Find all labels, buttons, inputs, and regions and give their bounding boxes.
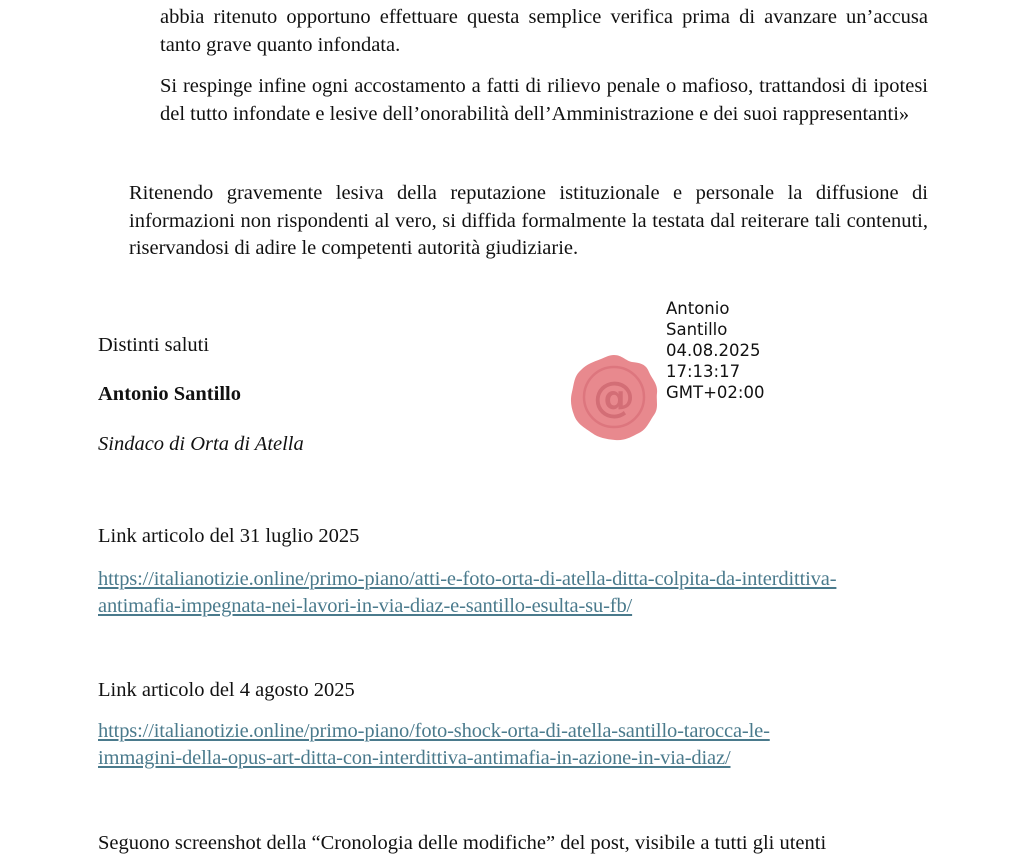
- article-link-1-line-2[interactable]: antimafia-impegnata-nei-lavori-in-via-di…: [98, 593, 938, 620]
- warning-paragraph: Ritenendo gravemente lesiva della reputa…: [129, 180, 928, 263]
- digital-signature-seal: @: [568, 352, 660, 442]
- link-label-1: Link articolo del 31 luglio 2025: [98, 523, 359, 550]
- signature-line-1: Antonio: [666, 298, 764, 319]
- article-link-1-line-1[interactable]: https://italianotizie.online/primo-piano…: [98, 566, 938, 593]
- article-link-2-line-2[interactable]: immagini-della-opus-art-ditta-con-interd…: [98, 745, 938, 772]
- article-link-2-line-1[interactable]: https://italianotizie.online/primo-piano…: [98, 718, 938, 745]
- signature-timezone: GMT+02:00: [666, 382, 764, 403]
- link-label-2: Link articolo del 4 agosto 2025: [98, 677, 355, 704]
- article-link-2[interactable]: https://italianotizie.online/primo-piano…: [98, 718, 938, 772]
- signature-line-2: Santillo: [666, 319, 764, 340]
- signature-date: 04.08.2025: [666, 340, 764, 361]
- article-link-1[interactable]: https://italianotizie.online/primo-piano…: [98, 566, 938, 620]
- screenshot-note: Seguono screenshot della “Cronologia del…: [98, 830, 826, 857]
- digital-signature-info: Antonio Santillo 04.08.2025 17:13:17 GMT…: [666, 298, 764, 403]
- signature-time: 17:13:17: [666, 361, 764, 382]
- svg-text:@: @: [593, 372, 635, 421]
- closing-greeting: Distinti saluti: [98, 332, 209, 359]
- signer-name: Antonio Santillo: [98, 381, 241, 408]
- signer-title: Sindaco di Orta di Atella: [98, 431, 304, 458]
- quote-paragraph-1: abbia ritenuto opportuno effettuare ques…: [160, 4, 928, 59]
- at-sign-wax-seal-icon: @: [568, 352, 660, 442]
- quote-paragraph-2: Si respinge infine ogni accostamento a f…: [160, 73, 928, 128]
